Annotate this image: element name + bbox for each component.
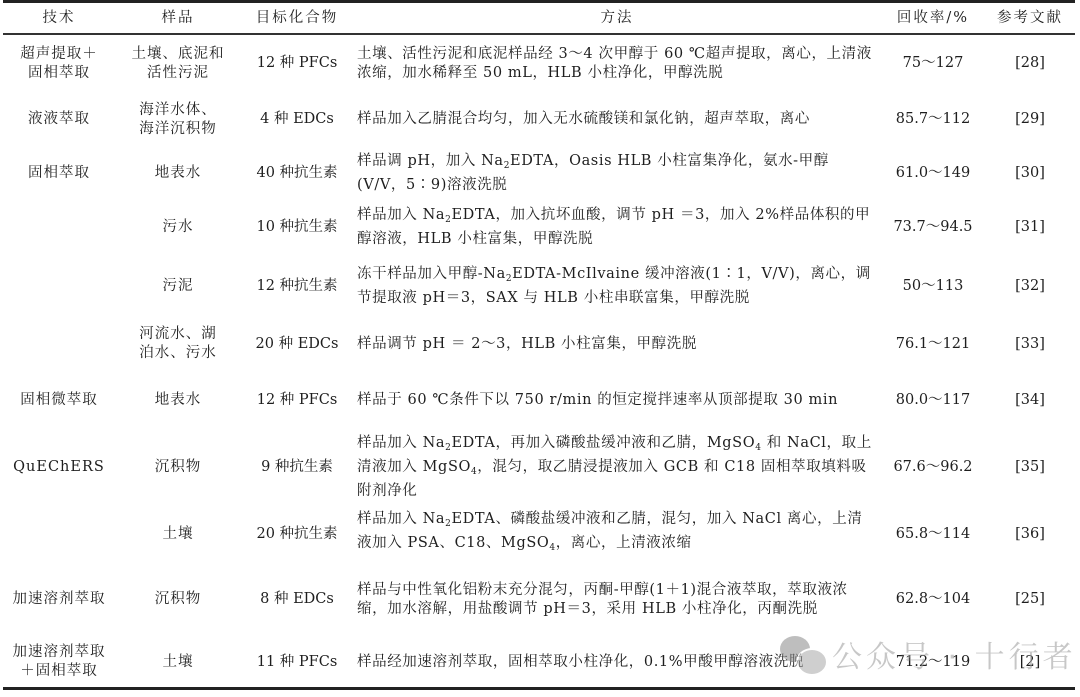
cell-method: 样品加入乙腈混合均匀，加入无水硫酸镁和氯化钠，超声萃取，离心 (353, 92, 881, 147)
cell-method: 样品加入 Na2EDTA，加入抗坏血酸，调节 pH ＝3，加入 2%样品体积的甲… (353, 199, 881, 256)
header-reference: 参考文献 (985, 2, 1075, 35)
cell-sample: 沉积物 (115, 428, 241, 506)
table-row: 加速溶剂萃取＋固相萃取 土壤 11 种 PFCs 样品经加速溶剂萃取，固相萃取小… (3, 637, 1075, 689)
cell-sample: 地表水 (115, 147, 241, 199)
cell-recovery: 67.6～96.2 (881, 428, 985, 506)
cell-sample: 海洋水体、海洋沉积物 (115, 92, 241, 147)
cell-method: 样品调节 pH ＝ 2～3，HLB 小柱富集，甲醇洗脱 (353, 316, 881, 372)
cell-recovery: 76.1～121 (881, 316, 985, 372)
cell-reference: [2] (985, 637, 1075, 689)
cell-sample: 沉积物 (115, 562, 241, 637)
cell-recovery: 65.8～114 (881, 506, 985, 562)
cell-target: 4 种 EDCs (241, 92, 353, 147)
cell-method: 样品于 60 ℃条件下以 750 r/min 的恒定搅拌速率从顶部提取 30 m… (353, 372, 881, 428)
cell-technique: 固相萃取 (3, 147, 115, 199)
cell-method: 土壤、活性污泥和底泥样品经 3～4 次甲醇于 60 ℃超声提取，离心，上清液浓缩… (353, 34, 881, 92)
cell-reference: [28] (985, 34, 1075, 92)
cell-technique: 超声提取＋固相萃取 (3, 34, 115, 92)
cell-technique (3, 506, 115, 562)
table-row: QuEChERS 沉积物 9 种抗生素 样品加入 Na2EDTA，再加入磷酸盐缓… (3, 428, 1075, 506)
cell-recovery: 61.0～149 (881, 147, 985, 199)
extraction-methods-table: 技术 样品 目标化合物 方法 回收率/% 参考文献 超声提取＋固相萃取 土壤、底… (3, 0, 1075, 690)
cell-reference: [31] (985, 199, 1075, 256)
cell-method: 样品加入 Na2EDTA，再加入磷酸盐缓冲液和乙腈，MgSO4 和 NaCl，取… (353, 428, 881, 506)
cell-method: 冻干样品加入甲醇-Na2EDTA-McIlvaine 缓冲溶液(1∶1，V/V)… (353, 256, 881, 316)
cell-recovery: 75～127 (881, 34, 985, 92)
table-row: 土壤 20 种抗生素 样品加入 Na2EDTA、磷酸盐缓冲液和乙腈，混匀，加入 … (3, 506, 1075, 562)
header-technique: 技术 (3, 2, 115, 35)
cell-technique (3, 256, 115, 316)
cell-technique (3, 199, 115, 256)
cell-recovery: 85.7～112 (881, 92, 985, 147)
cell-sample: 土壤、底泥和活性污泥 (115, 34, 241, 92)
cell-reference: [25] (985, 562, 1075, 637)
cell-recovery: 71.2～119 (881, 637, 985, 689)
cell-target: 40 种抗生素 (241, 147, 353, 199)
cell-target: 11 种 PFCs (241, 637, 353, 689)
cell-recovery: 62.8～104 (881, 562, 985, 637)
table-row: 固相萃取 地表水 40 种抗生素 样品调 pH，加入 Na2EDTA，Oasis… (3, 147, 1075, 199)
cell-reference: [34] (985, 372, 1075, 428)
table-header-row: 技术 样品 目标化合物 方法 回收率/% 参考文献 (3, 2, 1075, 35)
cell-method: 样品调 pH，加入 Na2EDTA，Oasis HLB 小柱富集净化，氨水-甲醇… (353, 147, 881, 199)
table-row: 加速溶剂萃取 沉积物 8 种 EDCs 样品与中性氧化铝粉末充分混匀，丙酮-甲醇… (3, 562, 1075, 637)
cell-sample: 污水 (115, 199, 241, 256)
cell-target: 8 种 EDCs (241, 562, 353, 637)
cell-reference: [30] (985, 147, 1075, 199)
cell-technique: 加速溶剂萃取＋固相萃取 (3, 637, 115, 689)
cell-sample: 污泥 (115, 256, 241, 316)
cell-target: 20 种抗生素 (241, 506, 353, 562)
table-row: 污泥 12 种抗生素 冻干样品加入甲醇-Na2EDTA-McIlvaine 缓冲… (3, 256, 1075, 316)
cell-target: 12 种 PFCs (241, 34, 353, 92)
table-row: 污水 10 种抗生素 样品加入 Na2EDTA，加入抗坏血酸，调节 pH ＝3，… (3, 199, 1075, 256)
cell-recovery: 80.0～117 (881, 372, 985, 428)
cell-technique: 固相微萃取 (3, 372, 115, 428)
cell-sample: 土壤 (115, 637, 241, 689)
cell-technique (3, 316, 115, 372)
cell-sample: 河流水、湖泊水、污水 (115, 316, 241, 372)
cell-method: 样品经加速溶剂萃取，固相萃取小柱净化，0.1%甲酸甲醇溶液洗脱 (353, 637, 881, 689)
cell-method: 样品与中性氧化铝粉末充分混匀，丙酮-甲醇(1＋1)混合液萃取，萃取液浓缩，加水溶… (353, 562, 881, 637)
extraction-methods-table-container: 技术 样品 目标化合物 方法 回收率/% 参考文献 超声提取＋固相萃取 土壤、底… (3, 0, 1075, 690)
cell-recovery: 73.7～94.5 (881, 199, 985, 256)
cell-reference: [35] (985, 428, 1075, 506)
cell-sample: 土壤 (115, 506, 241, 562)
header-method: 方法 (353, 2, 881, 35)
cell-target: 20 种 EDCs (241, 316, 353, 372)
cell-technique: 加速溶剂萃取 (3, 562, 115, 637)
table-row: 液液萃取 海洋水体、海洋沉积物 4 种 EDCs 样品加入乙腈混合均匀，加入无水… (3, 92, 1075, 147)
cell-reference: [33] (985, 316, 1075, 372)
cell-target: 12 种抗生素 (241, 256, 353, 316)
cell-recovery: 50～113 (881, 256, 985, 316)
cell-technique: 液液萃取 (3, 92, 115, 147)
cell-reference: [32] (985, 256, 1075, 316)
cell-target: 10 种抗生素 (241, 199, 353, 256)
cell-reference: [29] (985, 92, 1075, 147)
cell-sample: 地表水 (115, 372, 241, 428)
table-row: 河流水、湖泊水、污水 20 种 EDCs 样品调节 pH ＝ 2～3，HLB 小… (3, 316, 1075, 372)
cell-target: 12 种 PFCs (241, 372, 353, 428)
cell-reference: [36] (985, 506, 1075, 562)
header-recovery: 回收率/% (881, 2, 985, 35)
cell-technique: QuEChERS (3, 428, 115, 506)
table-row: 固相微萃取 地表水 12 种 PFCs 样品于 60 ℃条件下以 750 r/m… (3, 372, 1075, 428)
cell-method: 样品加入 Na2EDTA、磷酸盐缓冲液和乙腈，混匀，加入 NaCl 离心，上清液… (353, 506, 881, 562)
table-row: 超声提取＋固相萃取 土壤、底泥和活性污泥 12 种 PFCs 土壤、活性污泥和底… (3, 34, 1075, 92)
header-target: 目标化合物 (241, 2, 353, 35)
cell-target: 9 种抗生素 (241, 428, 353, 506)
header-sample: 样品 (115, 2, 241, 35)
